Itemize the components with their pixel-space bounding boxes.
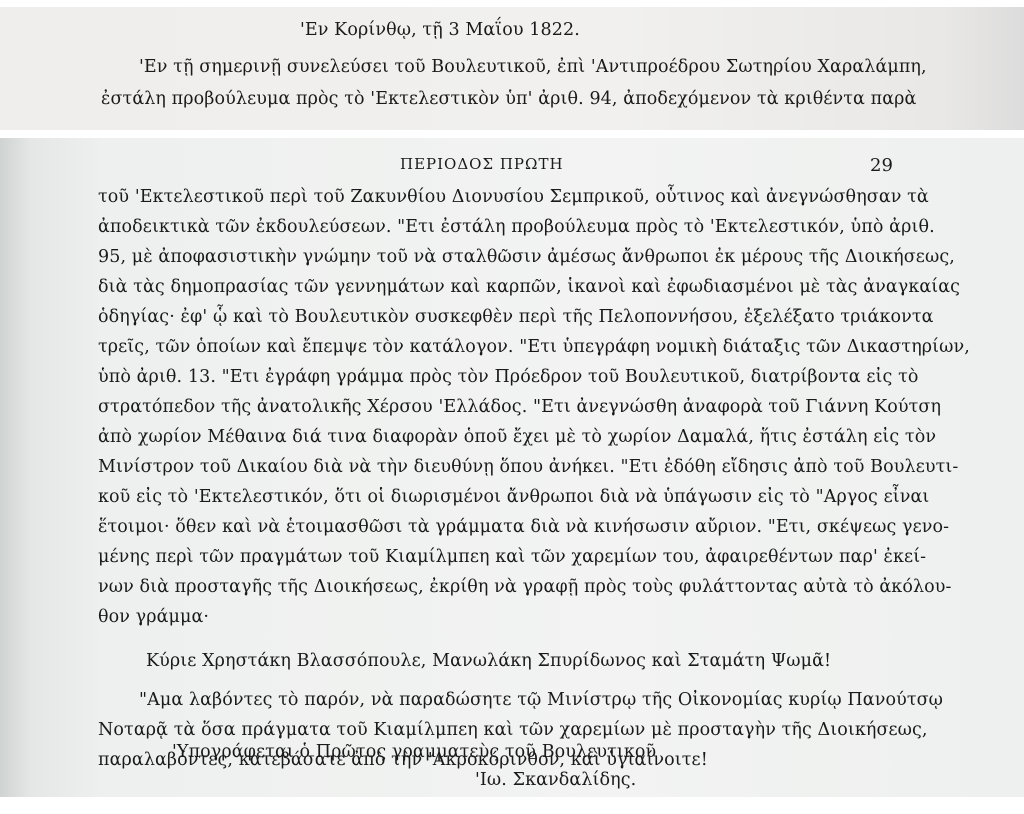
salutation: Κύριε Χρηστάκη Βλασσόπουλε, Μανωλάκη Σπυ… [146,651,831,671]
running-head: ΠΕΡΙΟΔΟΣ ΠΡΩΤΗ [400,155,564,173]
body-line: ἕτοιμοι· ὅθεν καὶ νὰ ἑτοιμασθῶσι τὰ γράμ… [98,517,900,537]
body-line: ἀπὸ χωρίον Μέθαινα διά τινα διαφορὰν ὁπο… [98,427,900,447]
body-line: ἀποδεικτικὰ τῶν ἐκδουλεύσεων. "Ετι ἐστάλ… [98,217,900,237]
body-line: μένης περὶ τῶν πραγμάτων τοῦ Κιαμίλμπεη … [98,547,900,567]
text-line: ἐστάλη προβούλευμα πρὸς τὸ 'Εκτελεστικὸν… [101,89,901,109]
page-number: 29 [870,155,893,176]
body-line: κοῦ εἰς τὸ 'Εκτελεστικόν, ὅτι οἱ διωρισμ… [98,487,900,507]
body-line: τρεῖς, τῶν ὁποίων καὶ ἔπεμψε τὸν κατάλογ… [98,337,900,357]
text-line: 'Εν τῇ σημερινῇ συνελεύσει τοῦ Βουλευτικ… [139,57,901,77]
body-line: ὁδηγίας· ἐφ' ᾧ καὶ τὸ Βουλευτικὸν συσκεφ… [98,307,900,327]
body-line: Μινίστρον τοῦ Δικαίου διὰ νὰ τὴν διευθύν… [98,457,900,477]
letter-line: Νοταρᾷ τὰ ὅσα πράγματα τοῦ Κιαμίλμπεη κα… [98,720,900,740]
body-line: 95, μὲ ἀποφασιστικὴν γνώμην τοῦ νὰ σταλθ… [98,247,900,267]
body-line: νων διὰ προσταγῆς τῆς Διοικήσεως, ἐκρίθη… [98,577,900,597]
signature-line: 'Υπογράφεται ὁ Πρῶτος γραμματεὺς τοῦ Βου… [172,742,656,762]
letter-line: "Αμα λαβόντες τὸ παρόν, νὰ παραδώσητε τῷ… [139,690,900,710]
body-line: θον γράμμα· [98,607,209,627]
body-line: ὑπὸ ἀριθ. 13. "Ετι ἐγράφη γράμμα πρὸς τὸ… [98,367,900,387]
body-line: στρατόπεδον τῆς ἀνατολικῆς Χέρσου 'Ελλάδ… [98,397,900,417]
body-line: τοῦ 'Εκτελεστικοῦ περὶ τοῦ Ζακυνθίου Διο… [98,187,900,207]
dateline: 'Εν Κορίνθῳ, τῇ 3 Μαΐου 1822. [300,20,580,40]
body-line: διὰ τὰς δημοπρασίας τῶν γεννημάτων καὶ κ… [98,277,900,297]
signatory: 'Ιω. Σκανδαλίδης. [475,770,636,790]
